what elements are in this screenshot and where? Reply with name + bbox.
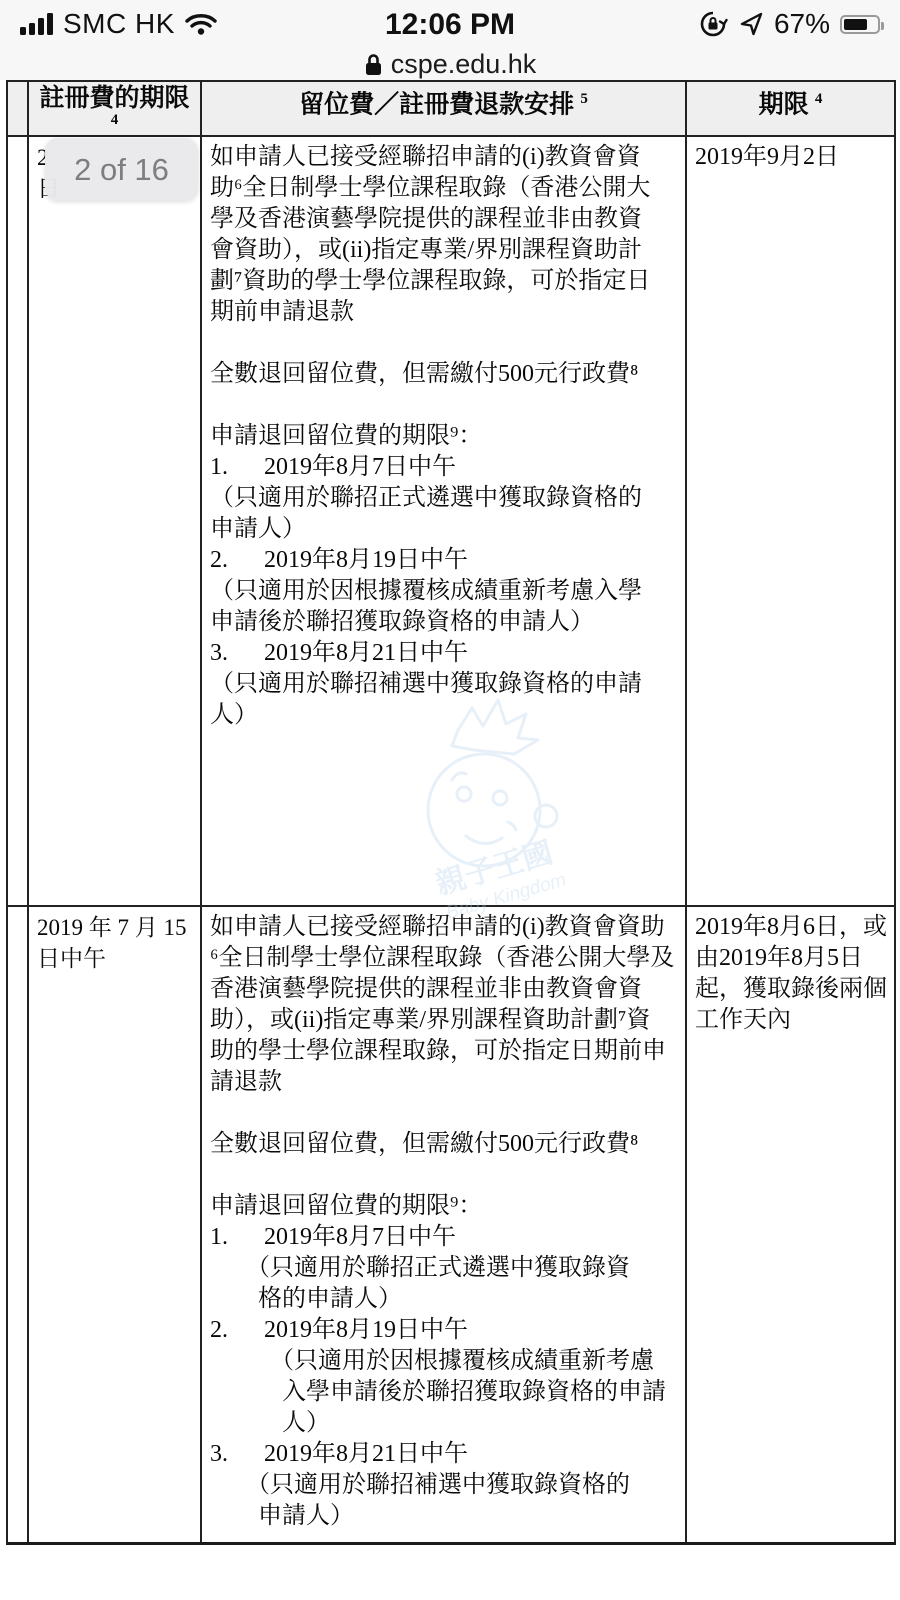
cellular-signal-icon xyxy=(20,13,53,35)
table-row1-period-cell: 2019年9月2日 xyxy=(687,137,896,907)
table-row1-refund-cell: 如申請人已接受經聯招申請的(i)教資會資 助⁶全日制學士學位課程取錄（香港公開大… xyxy=(202,137,687,907)
iphone-safari-screenshot: SMC HK 12:06 PM 67% xyxy=(0,0,900,1600)
url-bar[interactable]: cspe.edu.hk xyxy=(0,48,900,80)
find-on-page-counter: 2 of 16 xyxy=(45,138,198,201)
table-row2-strip-cell xyxy=(8,907,29,1542)
table-row1-strip-cell xyxy=(8,137,29,907)
header-label: 期限 xyxy=(759,91,809,118)
location-arrow-icon xyxy=(738,11,764,37)
url-domain: cspe.edu.hk xyxy=(391,49,537,80)
header-footnote: 5 xyxy=(580,91,588,107)
padlock-icon xyxy=(364,52,383,77)
refund-table: 註冊費的期限 4 留位費／註冊費退款安排 5 期限 4 2 日 如申請人已接受經… xyxy=(6,80,896,1545)
status-bar: SMC HK 12:06 PM 67% xyxy=(0,0,900,48)
header-footnote: 4 xyxy=(29,113,200,127)
wifi-icon xyxy=(185,12,217,36)
table-row1-deadline-cell: 2 日 xyxy=(29,137,202,907)
clock: 12:06 PM xyxy=(385,8,515,42)
table-row2-deadline-cell: 2019 年 7 月 15 日中午 xyxy=(29,907,202,1542)
table-header-refund-arrangement: 留位費／註冊費退款安排 5 xyxy=(202,82,687,137)
web-page: 註冊費的期限 4 留位費／註冊費退款安排 5 期限 4 2 日 如申請人已接受經… xyxy=(0,80,900,1600)
browser-chrome: SMC HK 12:06 PM 67% xyxy=(0,0,900,80)
table-header-period: 期限 4 xyxy=(687,82,896,137)
battery-icon xyxy=(840,15,880,34)
header-label: 註冊費的期限 xyxy=(39,85,189,112)
table-header-registration-deadline: 註冊費的期限 4 xyxy=(29,82,202,137)
header-label: 留位費／註冊費退款安排 xyxy=(299,91,574,118)
battery-percent-label: 67% xyxy=(774,8,830,40)
header-footnote: 4 xyxy=(815,91,823,107)
table-row2-period-cell: 2019年8月6日，或 由2019年8月5日 起，獲取錄後兩個 工作天內 xyxy=(687,907,896,1542)
table-header-strip xyxy=(8,82,29,137)
table-row2-refund-cell: 如申請人已接受經聯招申請的(i)教資會資助 ⁶全日制學士學位課程取錄（香港公開大… xyxy=(202,907,687,1542)
carrier-label: SMC HK xyxy=(63,8,175,40)
rotation-lock-icon xyxy=(698,9,728,39)
